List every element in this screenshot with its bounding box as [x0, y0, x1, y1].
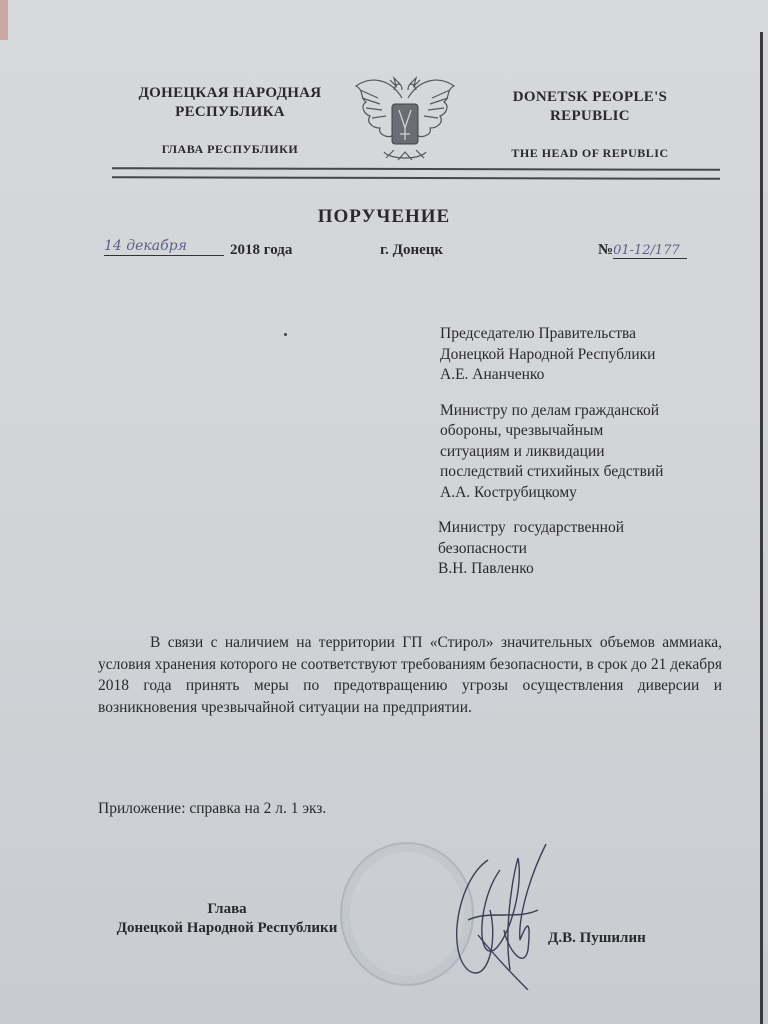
recipient-name: А.А. Кострубицкому: [440, 483, 740, 504]
recipient: Министру государственной безопасности В.…: [438, 518, 740, 580]
page-corner-mark: [0, 0, 8, 40]
head-title-en: THE HEAD OF REPUBLIC: [490, 144, 690, 163]
recipient-name: А.Е. Ананченко: [440, 365, 740, 386]
org-name-en-line2: REPUBLIC: [490, 107, 690, 126]
document-page: ДОНЕЦКАЯ НАРОДНАЯ РЕСПУБЛИКА ГЛАВА РЕСПУ…: [0, 0, 768, 1024]
head-title-ru: ГЛАВА РЕСПУБЛИКИ: [110, 140, 350, 159]
document-number: №01-12/177: [598, 242, 687, 259]
signatory-title-line2: Донецкой Народной Республики: [92, 919, 362, 938]
number-handwritten: 01-12/177: [613, 243, 687, 259]
attachment-note: Приложение: справка на 2 л. 1 экз.: [98, 800, 326, 818]
header-russian: ДОНЕЦКАЯ НАРОДНАЯ РЕСПУБЛИКА ГЛАВА РЕСПУ…: [110, 84, 350, 159]
date-handwritten: 14 декабря: [104, 238, 224, 256]
page-edge-shadow: [760, 32, 763, 1024]
header-english: DONETSK PEOPLE'S REPUBLIC THE HEAD OF RE…: [490, 88, 690, 163]
recipient-line: обороны, чрезвычайным: [440, 421, 740, 442]
recipient-line: Донецкой Народной Республики: [440, 345, 740, 366]
recipient-line: Министру государственной: [438, 518, 740, 539]
recipient-name: В.Н. Павленко: [438, 559, 740, 580]
recipient-line: Председателю Правительства: [440, 324, 740, 345]
city: г. Донецк: [380, 242, 443, 259]
document-title: ПОРУЧЕНИЕ: [0, 206, 768, 228]
recipient: Министру по делам гражданской обороны, ч…: [440, 401, 740, 504]
number-prefix: №: [598, 242, 613, 258]
signatory-title-line1: Глава: [92, 900, 362, 919]
recipient-line: последствий стихийных бедствий: [440, 462, 740, 483]
handwritten-signature-icon: [428, 840, 568, 990]
recipient-line: Министру по делам гражданской: [440, 401, 740, 422]
org-name-ru-line2: РЕСПУБЛИКА: [110, 103, 350, 122]
stray-mark: [284, 333, 287, 336]
coat-of-arms-icon: [350, 68, 460, 172]
recipients-block: Председателю Правительства Донецкой Наро…: [440, 324, 740, 595]
signatory-name: Д.В. Пушилин: [548, 930, 646, 947]
recipient-line: безопасности: [438, 539, 740, 560]
order-body-paragraph: В связи с наличием на территории ГП «Сти…: [98, 632, 722, 718]
recipient: Председателю Правительства Донецкой Наро…: [440, 324, 740, 386]
signatory-title: Глава Донецкой Народной Республики: [92, 900, 362, 938]
org-name-ru-line1: ДОНЕЦКАЯ НАРОДНАЯ: [110, 84, 350, 103]
recipient-line: ситуациям и ликвидации: [440, 442, 740, 463]
date-year: 2018 года: [230, 242, 292, 259]
header-double-rule: [112, 167, 720, 180]
org-name-en-line1: DONETSK PEOPLE'S: [490, 88, 690, 107]
